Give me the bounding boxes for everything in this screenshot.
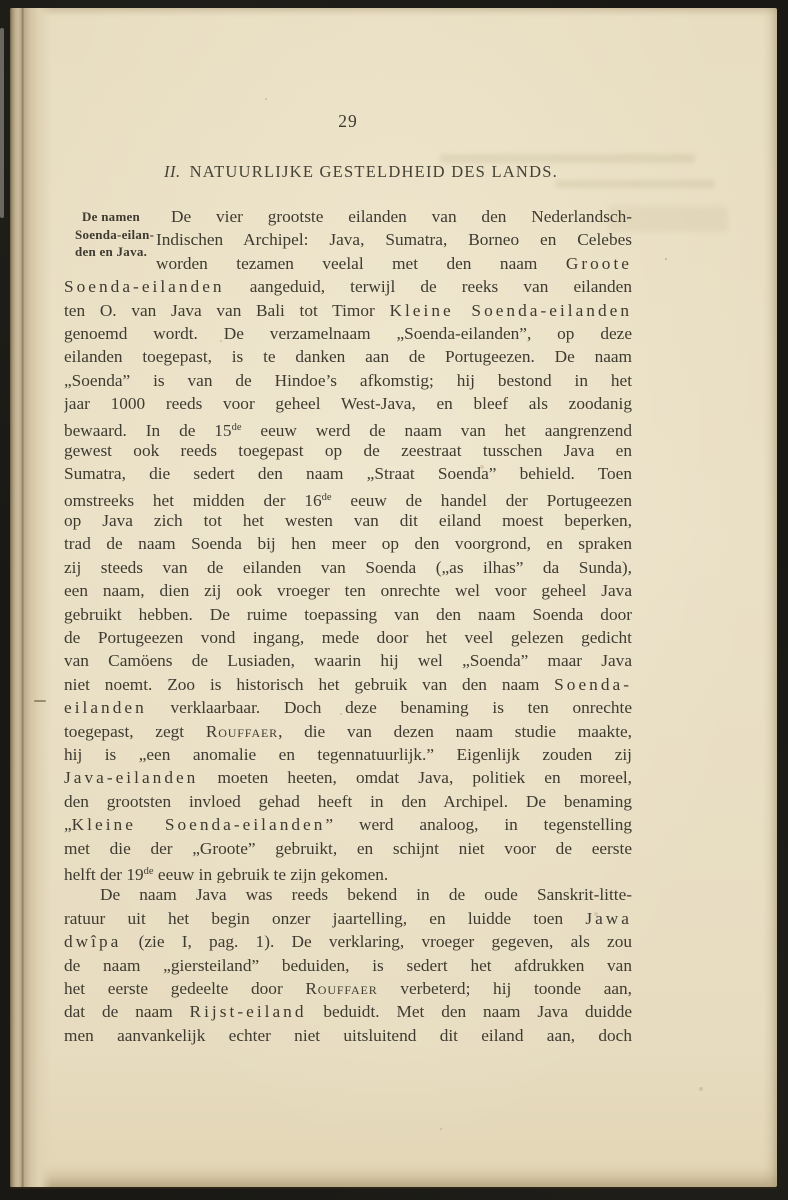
margin-mark	[34, 700, 46, 702]
body-line: dat de naam Rijst-eiland beduidt. Met de…	[64, 1000, 632, 1023]
body-line: „Kleine Soenda-eilanden” werd analoog, i…	[64, 813, 632, 836]
body-text: De vier grootste eilanden van den Nederl…	[64, 205, 632, 1047]
body-line: Indischen Archipel: Java, Sumatra, Borne…	[156, 228, 632, 251]
body-line: bewaard. In de 15de eeuw werd de naam va…	[64, 416, 632, 439]
body-line: het eerste gedeelte door Rouffaer verbet…	[64, 977, 632, 1000]
body-line: De naam Java was reeds bekend in de oude…	[64, 883, 632, 906]
scanned-book-photo: { "colors": { "surround": "#191814", "pa…	[0, 0, 788, 1200]
body-line: ten O. van Java van Bali tot Timor Klein…	[64, 299, 632, 322]
body-line: men aanvankelijk echter niet uitsluitend…	[64, 1024, 632, 1047]
body-line: Soenda-eilanden aangeduid, terwijl de re…	[64, 275, 632, 298]
body-line: jaar 1000 reeds voor geheel West-Java, e…	[64, 392, 632, 415]
body-line: omstreeks het midden der 16de eeuw de ha…	[64, 486, 632, 509]
body-line: Java-eilanden moeten heeten, omdat Java,…	[64, 766, 632, 789]
body-line: met die der „Groote” gebruikt, en schijn…	[64, 837, 632, 860]
body-line: de naam „giersteiland” beduiden, is sede…	[64, 954, 632, 977]
body-line: Sumatra, die sedert den naam „Straat Soe…	[64, 462, 632, 485]
book-page: 29 II.NATUURLIJKE GESTELDHEID DES LANDS.…	[10, 8, 777, 1187]
body-line: hij is „een anomalie en tegennatuurlijk.…	[64, 743, 632, 766]
heading-numeral: II.	[164, 162, 181, 181]
body-line: den grootsten invloed gehad heeft in den…	[64, 790, 632, 813]
body-line: helft der 19de eeuw in gebruik te zijn g…	[64, 860, 632, 883]
body-line: eilanden verklaarbaar. Doch deze benamin…	[64, 696, 632, 719]
body-line: van Camöens de Lusiaden, waarin hij wel …	[64, 649, 632, 672]
body-line: genoemd wordt. De verzamelnaam „Soenda-e…	[64, 322, 632, 345]
page-gutter-shadow	[10, 8, 52, 1187]
page-number: 29	[64, 111, 632, 132]
section-heading: II.NATUURLIJKE GESTELDHEID DES LANDS.	[64, 162, 632, 182]
body-line: gebruikt hebben. De ruime toepassing van…	[64, 603, 632, 626]
body-line: De vier grootste eilanden van den Nederl…	[156, 205, 632, 228]
body-line: „Soenda” is van de Hindoe’s afkomstig; h…	[64, 369, 632, 392]
body-line: eilanden toegepast, is te danken aan de …	[64, 345, 632, 368]
body-line: een naam, dien zij ook vroeger ten onrec…	[64, 579, 632, 602]
body-line: toegepast, zegt Rouffaer, die van dezen …	[64, 720, 632, 743]
body-line: worden tezamen veelal met den naam Groot…	[156, 252, 632, 275]
body-line: trad de naam Soenda bij hen meer op den …	[64, 532, 632, 555]
body-line: dwîpa (zie I, pag. 1). De verklaring, vr…	[64, 930, 632, 953]
body-line: zij steeds van de eilanden van Soenda („…	[64, 556, 632, 579]
body-line: niet noemt. Zoo is historisch het gebrui…	[64, 673, 632, 696]
body-line: gewest ook reeds toegepast op de zeestra…	[64, 439, 632, 462]
page-edge-sliver	[0, 28, 4, 218]
body-line: op Java zich tot het westen van dit eila…	[64, 509, 632, 532]
paper-speckles	[10, 8, 12, 10]
body-line: de Portugeezen vond ingang, mede door he…	[64, 626, 632, 649]
heading-title: NATUURLIJKE GESTELDHEID DES LANDS.	[190, 162, 558, 181]
body-line: ratuur uit het begin onzer jaartelling, …	[64, 907, 632, 930]
